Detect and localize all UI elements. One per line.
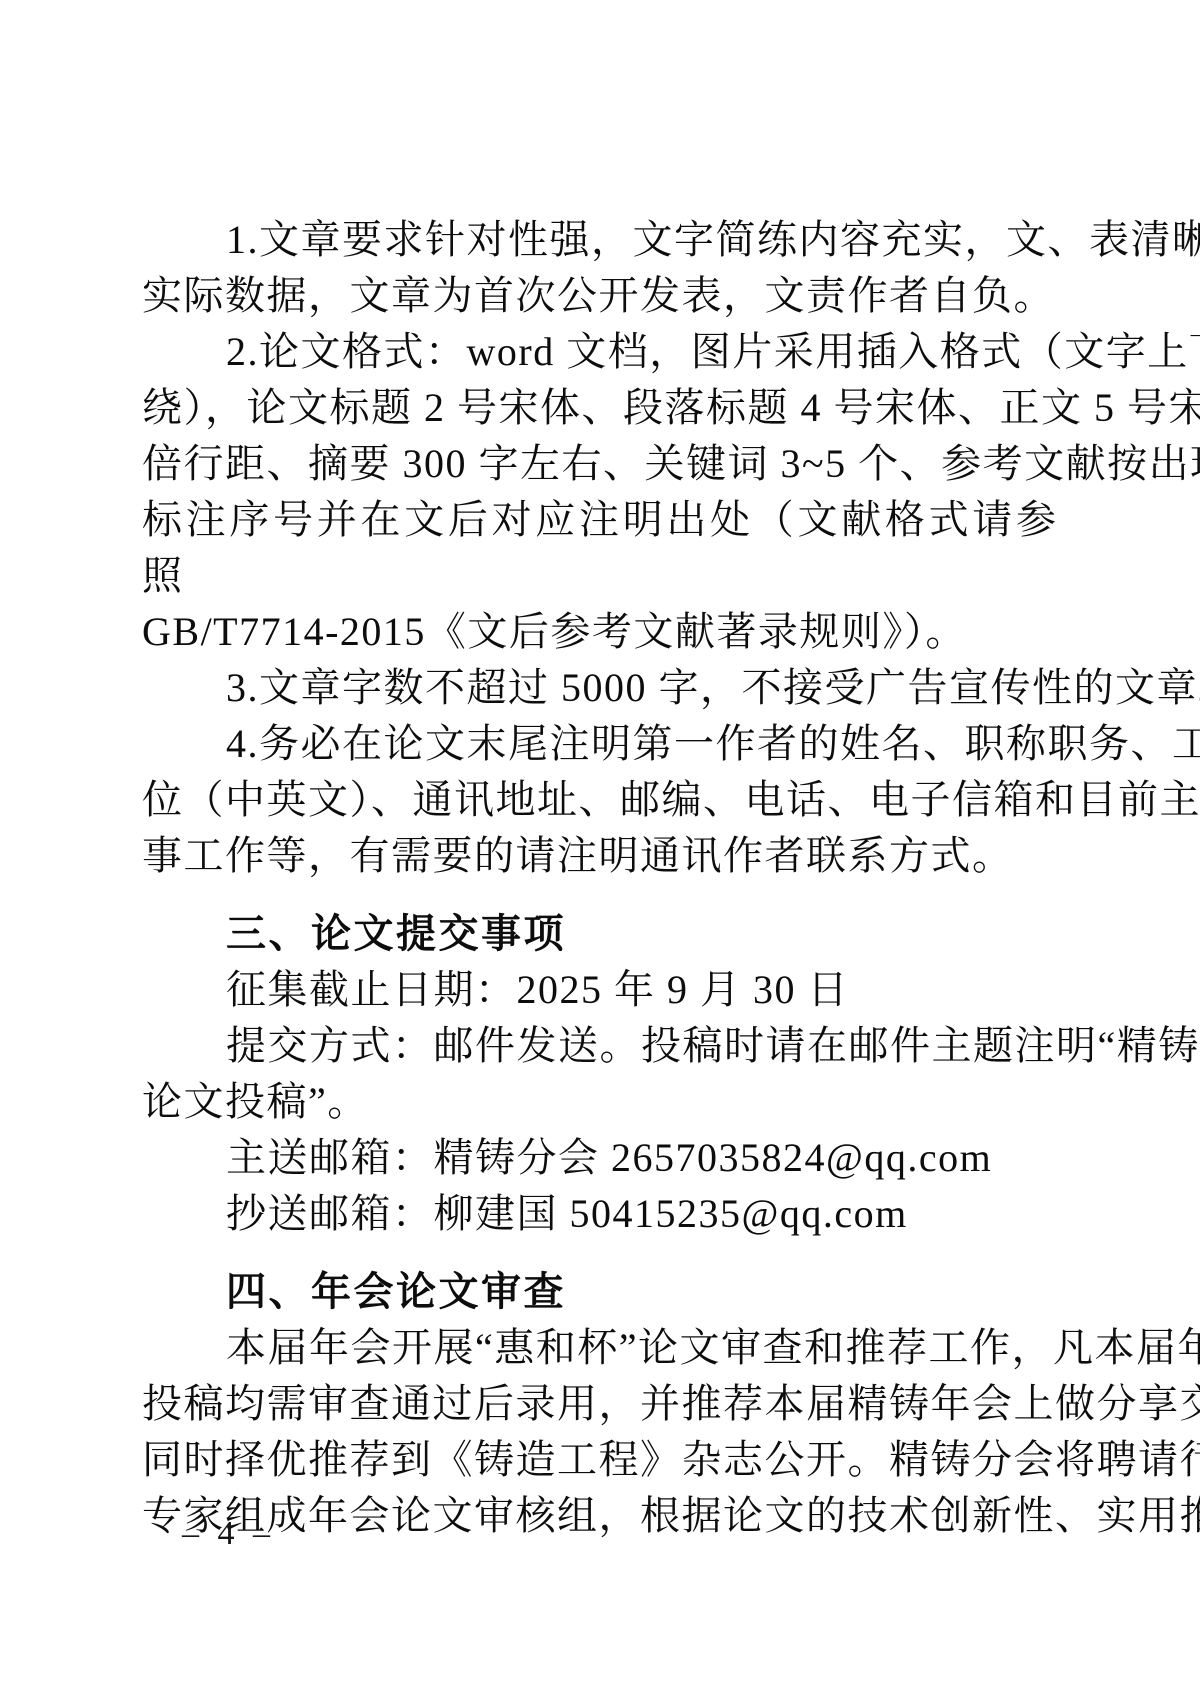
body-line: 投稿均需审查通过后录用，并推荐本届精铸年会上做分享交流，	[142, 1376, 1058, 1432]
body-line: 专家组成年会论文审核组，根据论文的技术创新性、实用推广价	[142, 1488, 1058, 1544]
body-line: 4.务必在论文末尾注明第一作者的姓名、职称职务、工作单	[142, 716, 1058, 772]
body-line: GB/T7714-2015《文后参考文献著录规则》）。	[142, 604, 1058, 660]
cc-email-line: 抄送邮箱：柳建国 50415235@qq.com	[142, 1186, 1058, 1242]
primary-email-line: 主送邮箱：精铸分会 2657035824@qq.com	[142, 1130, 1058, 1186]
body-line: 实际数据，文章为首次公开发表，文责作者自负。	[142, 268, 1058, 324]
body-line: 事工作等，有需要的请注明通讯作者联系方式。	[142, 828, 1058, 884]
body-line: 论文投稿”。	[142, 1074, 1058, 1130]
body-line: 2.论文格式：word 文档，图片采用插入格式（文字上下围	[142, 324, 1058, 380]
body-line: 3.文章字数不超过 5000 字，不接受广告宣传性的文章。	[142, 660, 1058, 716]
section-heading-review: 四、年会论文审查	[142, 1264, 1058, 1320]
section-heading-submission: 三、论文提交事项	[142, 906, 1058, 962]
body-line: 位（中英文）、通讯地址、邮编、电话、电子信箱和目前主要从	[142, 772, 1058, 828]
body-line: 绕），论文标题 2 号宋体、段落标题 4 号宋体、正文 5 号宋体单	[142, 380, 1058, 436]
deadline-line: 征集截止日期：2025 年 9 月 30 日	[142, 962, 1058, 1018]
body-line: 本届年会开展“惠和杯”论文审查和推荐工作，凡本届年会	[142, 1320, 1058, 1376]
page-number: – 4 –	[182, 1514, 275, 1554]
body-line: 同时择优推荐到《铸造工程》杂志公开。精铸分会将聘请行业内	[142, 1432, 1058, 1488]
document-content: 1.文章要求针对性强，文字简练内容充实，文、表清晰，有 实际数据，文章为首次公开…	[142, 212, 1058, 1544]
body-line: 1.文章要求针对性强，文字简练内容充实，文、表清晰，有	[142, 212, 1058, 268]
body-line: 提交方式：邮件发送。投稿时请在邮件主题注明“精铸年会	[142, 1018, 1058, 1074]
body-line: 标注序号并在文后对应注明出处（文献格式请参照	[142, 492, 1058, 604]
document-page: 1.文章要求针对性强，文字简练内容充实，文、表清晰，有 实际数据，文章为首次公开…	[0, 0, 1200, 1697]
body-line: 倍行距、摘要 300 字左右、关键词 3~5 个、参考文献按出现先后	[142, 436, 1058, 492]
